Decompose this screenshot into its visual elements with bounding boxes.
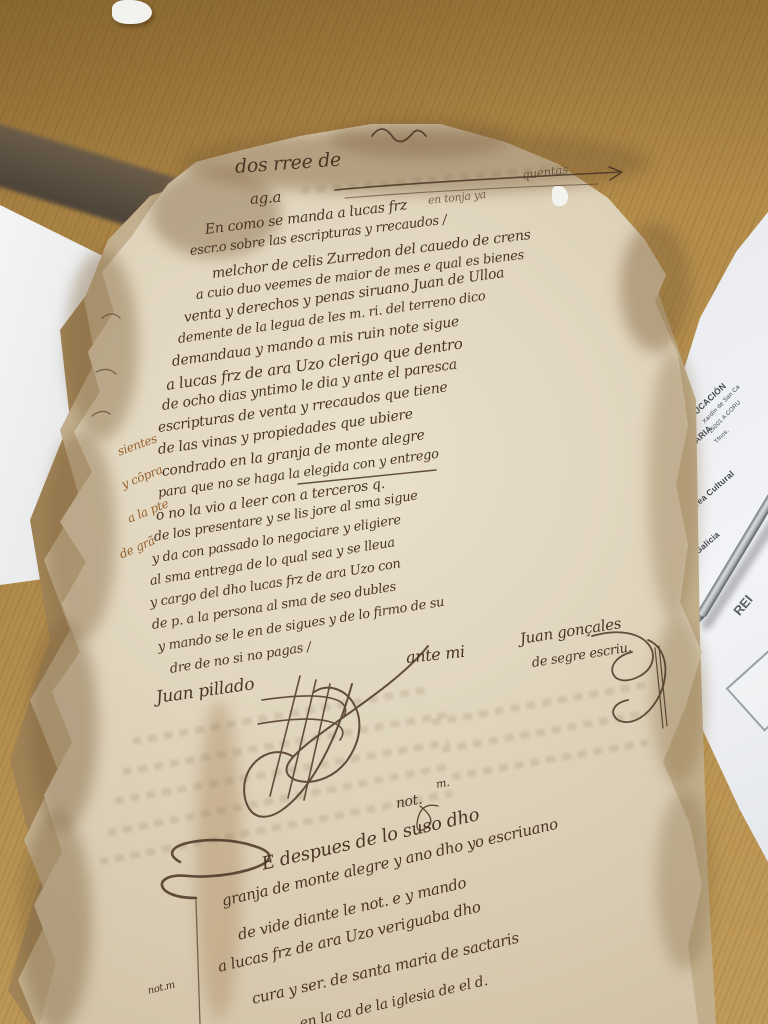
stain xyxy=(46,430,116,640)
paper-scrap-top xyxy=(112,0,152,24)
stain xyxy=(28,620,98,830)
stain xyxy=(66,250,138,440)
stain xyxy=(648,350,700,620)
header-scribble: ag.a xyxy=(249,188,281,208)
stain xyxy=(652,615,706,785)
stain xyxy=(20,812,92,1024)
notation-mark-superscript: m. xyxy=(435,776,450,791)
paper-fragment xyxy=(552,186,568,206)
stain xyxy=(620,222,690,352)
photograph-of-archive-manuscript: Xardín de San Ca 15001 A CORU Tfnos. TUR… xyxy=(0,0,768,1024)
stain xyxy=(656,790,714,970)
stain xyxy=(330,118,510,158)
